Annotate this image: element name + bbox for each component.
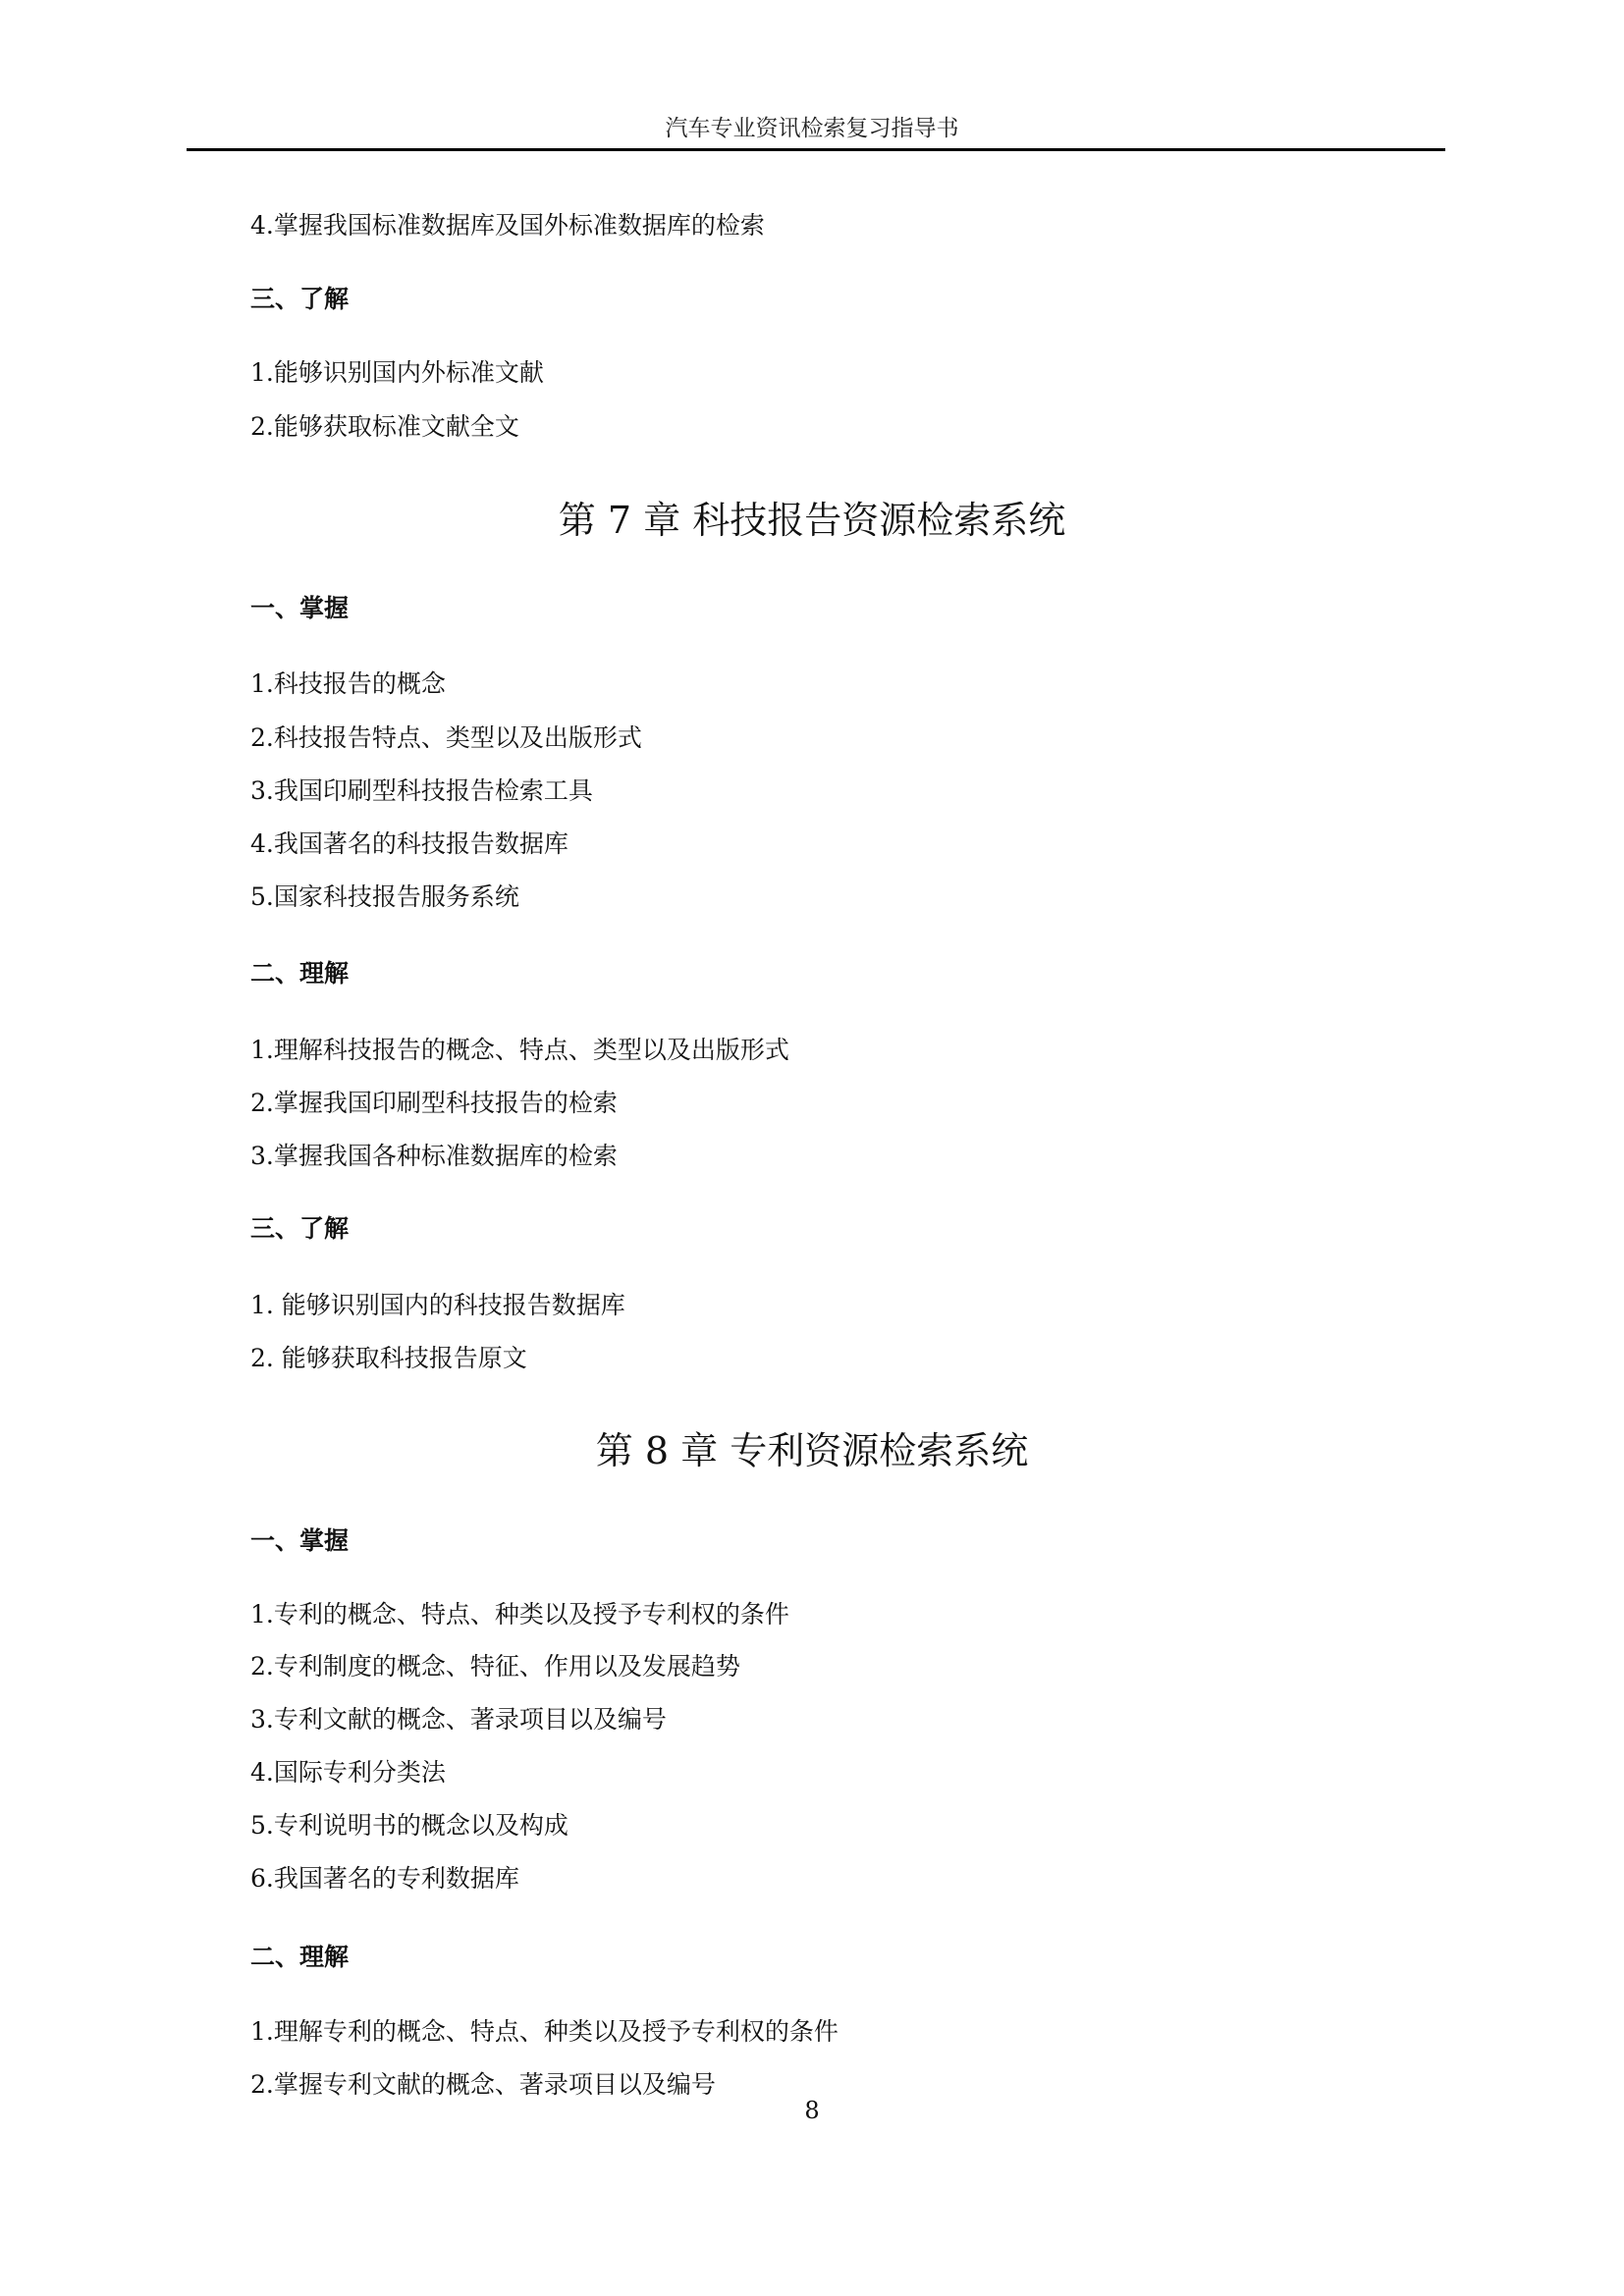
section-heading: 一、掌握 [250, 1524, 349, 1558]
list-item: 2. 能够获取科技报告原文 [250, 1342, 527, 1375]
list-item: 1.科技报告的概念 [250, 667, 446, 701]
list-item: 4.国际专利分类法 [250, 1756, 446, 1789]
list-item: 3.专利文献的概念、著录项目以及编号 [250, 1703, 667, 1736]
section-heading: 三、了解 [250, 283, 349, 316]
list-item: 1.能够识别国内外标准文献 [250, 356, 544, 390]
list-item: 2.掌握我国印刷型科技报告的检索 [250, 1087, 618, 1120]
list-item: 2.专利制度的概念、特征、作用以及发展趋势 [250, 1650, 740, 1683]
header-rule [187, 148, 1445, 151]
list-item: 1. 能够识别国内的科技报告数据库 [250, 1289, 625, 1322]
section-heading: 二、理解 [250, 957, 349, 990]
list-item: 3.我国印刷型科技报告检索工具 [250, 774, 593, 808]
section-heading: 三、了解 [250, 1212, 349, 1246]
page-number: 8 [0, 2097, 1624, 2124]
list-item: 1.理解专利的概念、特点、种类以及授予专利权的条件 [250, 2015, 839, 2049]
list-item: 3.掌握我国各种标准数据库的检索 [250, 1140, 618, 1173]
chapter-title: 第 8 章 专利资源检索系统 [0, 1427, 1624, 1474]
list-item: 1.理解科技报告的概念、特点、类型以及出版形式 [250, 1034, 789, 1067]
list-item: 5.专利说明书的概念以及构成 [250, 1809, 568, 1842]
list-item: 5.国家科技报告服务系统 [250, 881, 519, 914]
list-item: 4.掌握我国标准数据库及国外标准数据库的检索 [250, 209, 765, 242]
list-item: 6.我国著名的专利数据库 [250, 1862, 519, 1896]
list-item: 4.我国著名的科技报告数据库 [250, 828, 568, 861]
section-heading: 一、掌握 [250, 592, 349, 625]
section-heading: 二、理解 [250, 1941, 349, 1974]
list-item: 2.科技报告特点、类型以及出版形式 [250, 721, 642, 755]
list-item: 2.能够获取标准文献全文 [250, 410, 519, 444]
list-item: 1.专利的概念、特点、种类以及授予专利权的条件 [250, 1598, 789, 1631]
chapter-title: 第 7 章 科技报告资源检索系统 [0, 497, 1624, 544]
header-title: 汽车专业资讯检索复习指导书 [0, 110, 1624, 142]
